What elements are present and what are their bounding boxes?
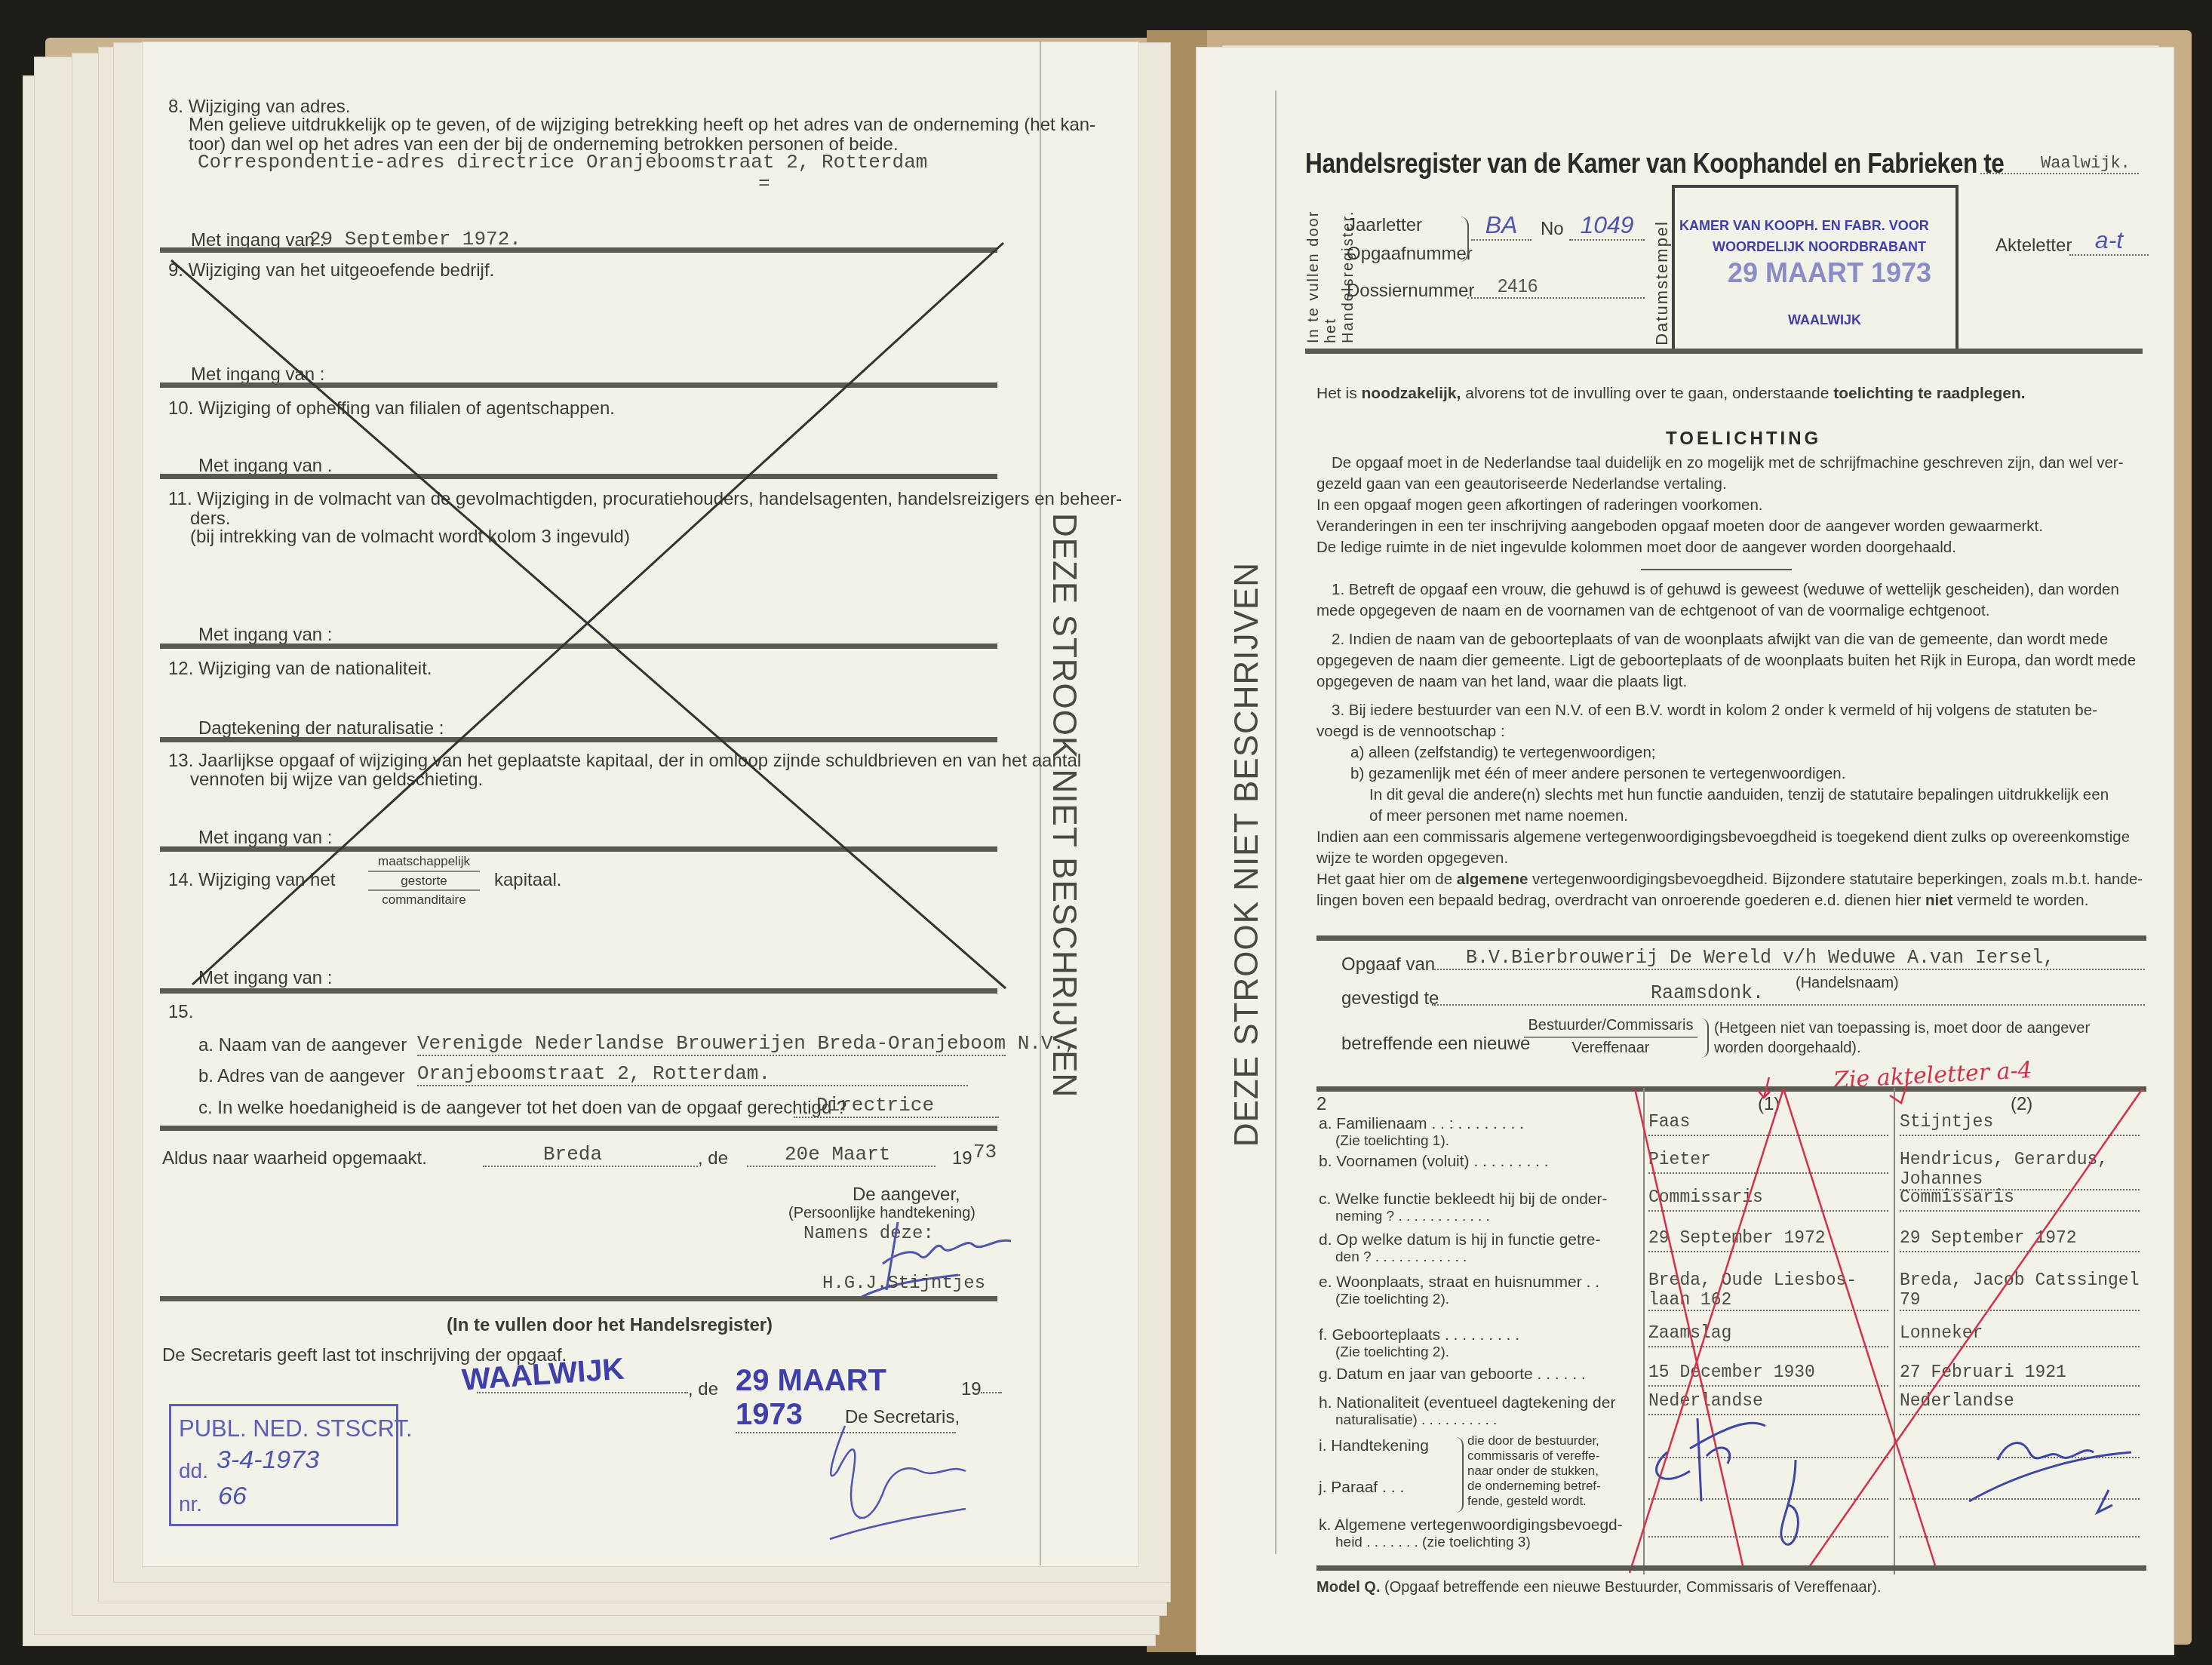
section-divider	[1316, 1565, 2146, 1571]
model-footer: Model Q. (Opgaaf betreffende een nieuwe …	[1316, 1579, 1882, 1596]
red-strike-marks	[0, 0, 2212, 1665]
